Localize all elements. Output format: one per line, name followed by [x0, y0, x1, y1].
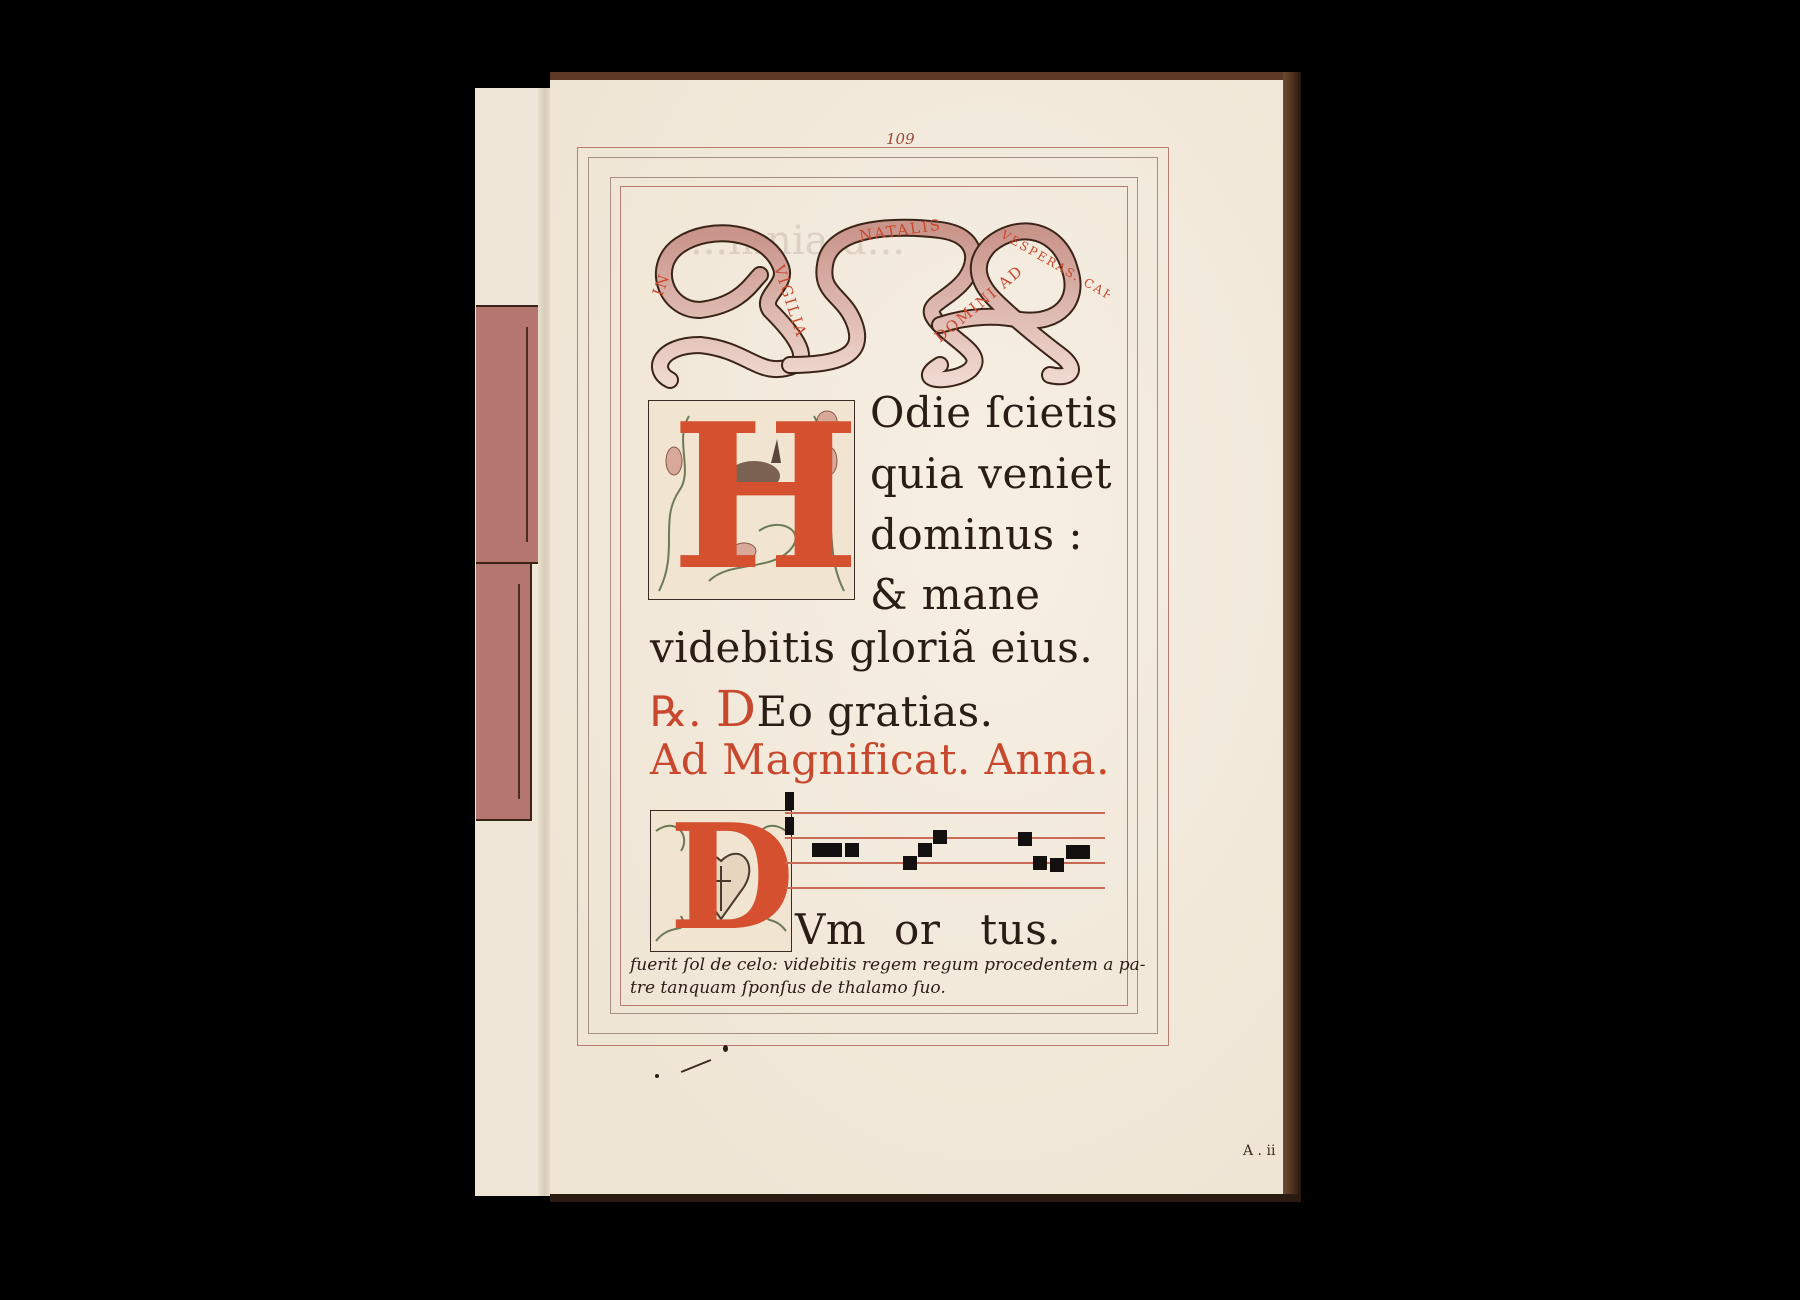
neume-square [1033, 856, 1047, 870]
capitulum-line-1: Odie ſcietis [870, 388, 1118, 437]
book-bottom-edge [550, 1194, 1300, 1202]
neume-square [812, 843, 842, 857]
chant-syllable: Vm [795, 905, 866, 954]
verso-decorated-panel-lower [476, 562, 532, 821]
neume-square [1066, 845, 1090, 859]
response-marker: ℞. [650, 687, 702, 736]
response-line: ℞. DEo gratias. [650, 680, 994, 738]
staff-line-4 [785, 887, 1105, 889]
illuminated-initial-d: D [650, 810, 792, 952]
initial-letter-d: D [669, 810, 792, 952]
chant-syllable: or [894, 905, 940, 954]
neume-square [1050, 858, 1064, 872]
staff-line-1 [785, 812, 1105, 814]
chant-syllable: tus. [980, 905, 1061, 954]
continuation-line-2: tre tanquam ſponſus de thalamo ſuo. [630, 978, 946, 998]
capitulum-line-3: dominus : [870, 510, 1083, 559]
neume-square [903, 856, 917, 870]
neume-square [933, 830, 947, 844]
signature-mark: A . ii [1243, 1143, 1275, 1159]
c-clef-icon [785, 792, 794, 810]
binding-fore-edge [1283, 72, 1301, 1202]
neume-square [845, 843, 859, 857]
capitulum-line-5: videbitis gloriã eius. [650, 623, 1093, 672]
response-initial: D [716, 680, 757, 738]
page-number: 109 [886, 130, 915, 148]
ink-dot [655, 1074, 659, 1078]
illuminated-initial-h: H [648, 400, 855, 600]
ink-blot [723, 1045, 728, 1052]
response-text: Eo gratias. [756, 687, 993, 736]
banner-scroll: IN VIGILIA NATALIS DOMINI AD VESPERAS. C… [640, 205, 1110, 390]
antiphon-rubric: Ad Magnificat. Anna. [650, 735, 1110, 784]
verso-decorated-panel-upper [476, 305, 540, 564]
neume-square [1018, 832, 1032, 846]
capitulum-line-4: & mane [870, 570, 1041, 619]
initial-letter-h: H [671, 400, 855, 600]
continuation-line-1: fuerit ſol de celo: videbitis regem regu… [630, 955, 1146, 975]
chant-text: Vm or tus. [795, 905, 1061, 954]
neume-square [918, 843, 932, 857]
capitulum-line-2: quia veniet [870, 449, 1112, 498]
c-clef-icon-lower [785, 817, 794, 835]
